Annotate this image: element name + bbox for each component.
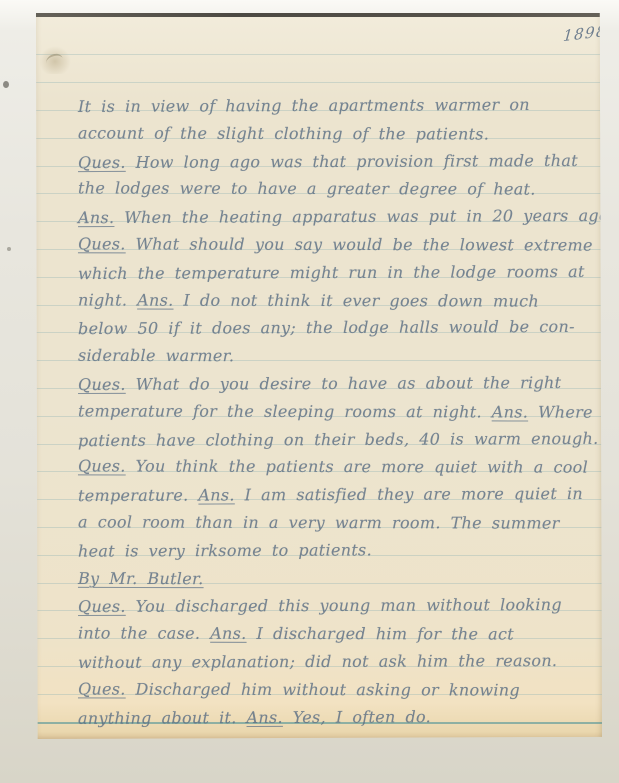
handwritten-line: Ques. Discharged him without asking or k… [78, 680, 520, 699]
handwritten-line: temperature. Ans. I am satisfied they ar… [78, 485, 583, 505]
scan-speck [3, 81, 9, 88]
handwritten-line: By Mr. Butler. [78, 569, 204, 587]
handwritten-line: patients have clothing on their beds, 40… [78, 429, 599, 449]
underlined-marker: Ans. [492, 402, 528, 421]
handwritten-line: night. Ans. I do not think it ever goes … [78, 291, 539, 310]
handwritten-text: When the heating apparatus was put in 20… [114, 206, 614, 227]
underlined-marker: Ans. [210, 624, 246, 643]
handwritten-text: What do you desire to have as about the … [126, 373, 562, 394]
handwritten-line: which the temperature might run in the l… [78, 263, 585, 283]
handwritten-text: the lodges were to have a greater degree… [78, 179, 536, 199]
handwritten-line: Ques. What do you desire to have as abou… [78, 374, 561, 394]
handwritten-text: I do not think it ever goes down much [174, 290, 539, 310]
underlined-marker: Ans. [78, 208, 114, 227]
handwritten-text: a cool room than in a very warm room. Th… [78, 512, 560, 532]
underlined-marker: Ques. [78, 457, 126, 476]
handwritten-text: You think the patients are more quiet wi… [126, 457, 588, 477]
handwritten-line: without any explanation; did not ask him… [78, 652, 557, 672]
handwritten-text: Discharged him without asking or knowing [126, 679, 520, 699]
underlined-marker: Ques. [78, 679, 126, 698]
handwritten-line: a cool room than in a very warm room. Th… [78, 513, 560, 532]
handwritten-text: I am satisfied they are more quiet in [235, 484, 583, 505]
handwritten-line: Ques. How long ago was that provision fi… [78, 152, 578, 172]
handwritten-text: siderable warmer. [78, 346, 234, 365]
underlined-marker: Ans. [137, 290, 173, 309]
handwritten-text: I discharged him for the act [247, 624, 515, 644]
handwritten-text: It is in view of having the apartments w… [78, 95, 530, 116]
handwritten-text: which the temperature might run in the l… [78, 262, 585, 283]
handwritten-line: Ques. What should you say would be the l… [78, 235, 619, 254]
underlined-marker: Ans. [198, 486, 234, 505]
handwritten-line: siderable warmer. [78, 347, 234, 365]
underlined-marker: Ques. [78, 597, 126, 616]
handwritten-text: What should you say would be the lowest … [126, 234, 619, 254]
handwritten-line: It is in view of having the apartments w… [78, 96, 530, 116]
handwritten-text: into the case. [78, 624, 210, 643]
handwritten-line: into the case. Ans. I discharged him for… [78, 625, 514, 644]
scan-speck [7, 247, 11, 251]
handwritten-line: below 50 if it does any; the lodge halls… [78, 318, 575, 338]
handwritten-line: temperature for the sleeping rooms at ni… [78, 402, 593, 421]
handwritten-text: anything about it. [78, 708, 247, 728]
underlined-marker: Ques. [78, 234, 126, 253]
manuscript-page: 1898. It is in view of having the apartm… [36, 13, 602, 739]
handwritten-text: heat is very irksome to patients. [78, 540, 372, 560]
handwritten-text: You discharged this young man without lo… [126, 595, 562, 616]
handwritten-line: the lodges were to have a greater degree… [78, 180, 536, 199]
handwritten-text: below 50 if it does any; the lodge halls… [78, 317, 575, 338]
underlined-marker: By Mr. Butler. [78, 568, 204, 587]
underlined-marker: Ans. [246, 707, 282, 726]
handwritten-text: Where [528, 402, 593, 421]
handwritten-text: Yes, I often do. [283, 707, 431, 727]
handwritten-line: Ques. You think the patients are more qu… [78, 458, 588, 477]
handwritten-text: patients have clothing on their beds, 40… [78, 428, 599, 449]
handwritten-text: How long ago was that provision first ma… [126, 151, 578, 172]
handwritten-text: account of the slight clothing of the pa… [78, 123, 489, 143]
handwritten-line: Ans. When the heating apparatus was put … [78, 207, 614, 227]
handwritten-text: without any explanation; did not ask him… [78, 651, 557, 672]
handwritten-text: temperature for the sleeping rooms at ni… [78, 401, 492, 421]
handwritten-line: anything about it. Ans. Yes, I often do. [78, 708, 431, 728]
handwriting-block: It is in view of having the apartments w… [36, 13, 602, 739]
handwritten-line: Ques. You discharged this young man with… [78, 596, 562, 616]
handwritten-text: night. [78, 290, 137, 309]
handwritten-text: temperature. [78, 486, 198, 506]
handwritten-line: heat is very irksome to patients. [78, 541, 372, 560]
underlined-marker: Ques. [78, 375, 126, 394]
underlined-marker: Ques. [78, 152, 126, 171]
scanned-document: 1898. It is in view of having the apartm… [0, 0, 619, 783]
handwritten-line: account of the slight clothing of the pa… [78, 124, 489, 143]
